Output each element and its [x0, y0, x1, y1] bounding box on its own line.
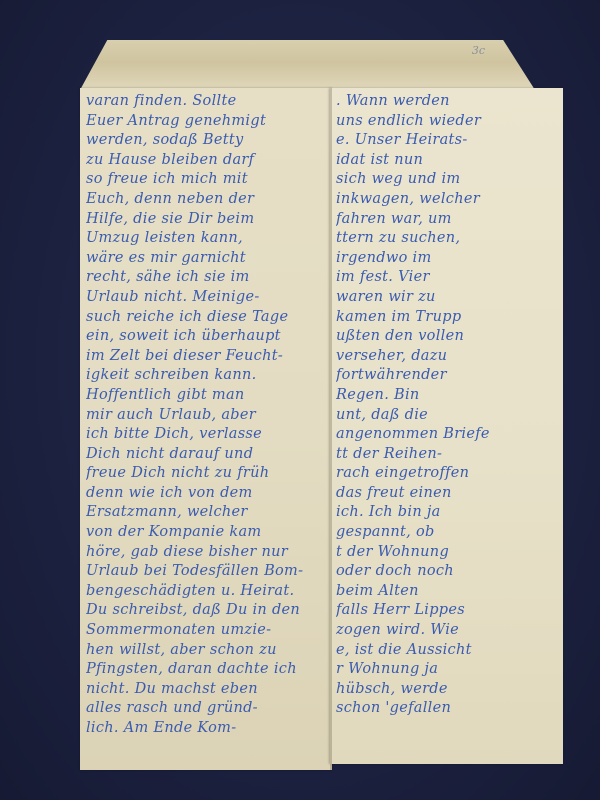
- handwritten-line: Hoffentlich gibt man: [86, 386, 330, 406]
- handwritten-line: angenommen Briefe: [336, 425, 558, 445]
- handwritten-line: falls Herr Lippes: [336, 601, 558, 621]
- handwritten-line: kamen im Trupp: [336, 308, 558, 328]
- handwritten-line: verseher, dazu: [336, 347, 558, 367]
- handwritten-line: zogen wird. Wie: [336, 621, 558, 641]
- handwritten-line: igkeit schreiben kann.: [86, 366, 330, 386]
- handwritten-line: such reiche ich diese Tage: [86, 308, 330, 328]
- handwritten-line: uns endlich wieder: [336, 112, 558, 132]
- handwritten-line: inkwagen, welcher: [336, 190, 558, 210]
- handwritten-line: ein, soweit ich überhaupt: [86, 327, 330, 347]
- handwritten-line: lich. Am Ende Kom-: [86, 719, 330, 739]
- handwritten-line: Ersatzmann, welcher: [86, 503, 330, 523]
- handwritten-line: Pfingsten, daran dachte ich: [86, 660, 330, 680]
- handwritten-line: im fest. Vier: [336, 268, 558, 288]
- handwritten-line: rach eingetroffen: [336, 464, 558, 484]
- handwritten-line: gespannt, ob: [336, 523, 558, 543]
- handwritten-line: Sommermonaten umzie-: [86, 621, 330, 641]
- handwritten-line: nicht. Du machst eben: [86, 680, 330, 700]
- handwritten-line: recht, sähe ich sie im: [86, 268, 330, 288]
- handwritten-line: t der Wohnung: [336, 543, 558, 563]
- handwritten-line: fortwährender: [336, 366, 558, 386]
- handwritten-line: waren wir zu: [336, 288, 558, 308]
- handwritten-line: Euch, denn neben der: [86, 190, 330, 210]
- handwritten-line: . Wann werden: [336, 92, 558, 112]
- handwritten-line: das freut einen: [336, 484, 558, 504]
- handwritten-line: hen willst, aber schon zu: [86, 641, 330, 661]
- paper-fold: [330, 88, 332, 770]
- handwritten-line: im Zelt bei dieser Feucht-: [86, 347, 330, 367]
- envelope-flap: 3c: [80, 40, 535, 90]
- handwritten-line: wäre es mir garnicht: [86, 249, 330, 269]
- handwritten-line: werden, sodaß Betty: [86, 131, 330, 151]
- handwritten-line: oder doch noch: [336, 562, 558, 582]
- handwritten-line: fahren war, um: [336, 210, 558, 230]
- handwritten-line: irgendwo im: [336, 249, 558, 269]
- handwritten-line: beim Alten: [336, 582, 558, 602]
- handwritten-line: Umzug leisten kann,: [86, 229, 330, 249]
- handwritten-line: unt, daß die: [336, 406, 558, 426]
- handwritten-line: e, ist die Aussicht: [336, 641, 558, 661]
- pencil-mark: 3c: [472, 44, 485, 57]
- handwritten-line: mir auch Urlaub, aber: [86, 406, 330, 426]
- handwritten-line: e. Unser Heirats-: [336, 131, 558, 151]
- handwritten-line: Dich nicht darauf und: [86, 445, 330, 465]
- handwritten-line: ußten den vollen: [336, 327, 558, 347]
- handwritten-line: freue Dich nicht zu früh: [86, 464, 330, 484]
- handwritten-line: ttern zu suchen,: [336, 229, 558, 249]
- handwritten-line: ich. Ich bin ja: [336, 503, 558, 523]
- letter-right-column: . Wann werdenuns endlich wiedere. Unser …: [336, 92, 558, 719]
- handwritten-line: Hilfe, die sie Dir beim: [86, 210, 330, 230]
- handwritten-line: Regen. Bin: [336, 386, 558, 406]
- handwritten-line: denn wie ich von dem: [86, 484, 330, 504]
- handwritten-line: Urlaub nicht. Meinige-: [86, 288, 330, 308]
- handwritten-line: zu Hause bleiben darf: [86, 151, 330, 171]
- handwritten-line: Urlaub bei Todesfällen Bom-: [86, 562, 330, 582]
- handwritten-line: alles rasch und gründ-: [86, 699, 330, 719]
- handwritten-line: tt der Reihen-: [336, 445, 558, 465]
- handwritten-line: idat ist nun: [336, 151, 558, 171]
- handwritten-line: r Wohnung ja: [336, 660, 558, 680]
- handwritten-line: hübsch, werde: [336, 680, 558, 700]
- handwritten-line: Du schreibst, daß Du in den: [86, 601, 330, 621]
- handwritten-line: sich weg und im: [336, 170, 558, 190]
- letter-left-column: varan finden. SollteEuer Antrag genehmig…: [86, 92, 330, 739]
- envelope: 3c varan finden. SollteEuer Antrag geneh…: [0, 0, 600, 800]
- handwritten-line: so freue ich mich mit: [86, 170, 330, 190]
- handwritten-line: varan finden. Sollte: [86, 92, 330, 112]
- handwritten-line: Euer Antrag genehmigt: [86, 112, 330, 132]
- handwritten-line: ich bitte Dich, verlasse: [86, 425, 330, 445]
- handwritten-line: höre, gab diese bisher nur: [86, 543, 330, 563]
- handwritten-line: schon 'gefallen: [336, 699, 558, 719]
- handwritten-line: von der Kompanie kam: [86, 523, 330, 543]
- handwritten-line: bengeschädigten u. Heirat.: [86, 582, 330, 602]
